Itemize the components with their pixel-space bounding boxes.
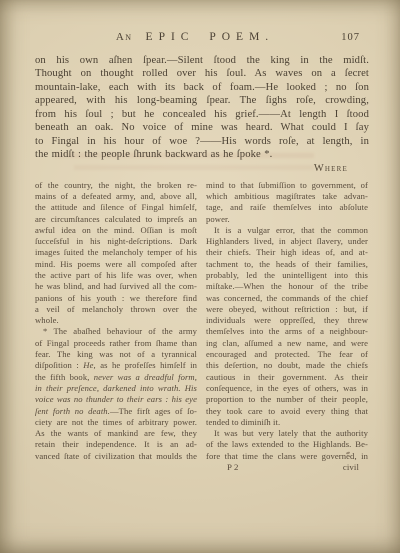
text-block: AnEPIC POEM. 107 on his own aſhen ſpear.… — [35, 31, 369, 473]
text-line: the fifth book, never was a dreadful for… — [35, 372, 197, 383]
text-line: voice was no thunder to their ears : his… — [35, 394, 197, 405]
footnote-right-lines: mind to that ſubmiſſion to government, o… — [206, 180, 368, 462]
text-line: the active part of his life was over, wh… — [35, 270, 197, 281]
text-line: from his ſoul ; but he concealed his gri… — [35, 108, 369, 121]
text-line: their chiefs. Their high ideas of, and a… — [206, 247, 368, 258]
text-line: images ſuited the melancholy temper of h… — [35, 247, 197, 258]
text-line: vanced ſtate of civilization that moulds… — [35, 451, 197, 462]
text-line: of the country, the night, the broken re… — [35, 180, 197, 191]
text-line: were obeyed, without reſtriction : but, … — [206, 304, 368, 315]
text-line: fore that time the clans were governed, … — [206, 451, 368, 462]
text-line: of Fingal proceeds rather from ſhame tha… — [35, 338, 197, 349]
text-line: Thought on thought rolled over his ſoul.… — [35, 67, 369, 80]
header-title-main: EPIC POEM. — [146, 31, 275, 43]
running-header: AnEPIC POEM. 107 — [35, 31, 369, 44]
book-page-scan: AnEPIC POEM. 107 on his own aſhen ſpear.… — [0, 0, 400, 553]
text-line: retain their independence. It is an ad- — [35, 439, 197, 450]
page-number: 107 — [341, 32, 360, 43]
text-line: the midſt : the people ſhrunk backward a… — [35, 148, 369, 161]
text-line: awful idea on the mind. Oſſian is moſt — [35, 225, 197, 236]
header-title-prefix: An — [116, 31, 133, 43]
text-line: diſpoſition : He, as he profeſſes himſel… — [35, 360, 197, 371]
text-line: themſelves into the arms of a neighbour- — [206, 326, 368, 337]
text-line: whole. — [35, 315, 197, 326]
text-line: he was blind, and had ſurvived all the c… — [35, 281, 197, 292]
signature-row: P 2 civil — [206, 462, 368, 473]
text-line: are circumſtances calculated to impreſs … — [35, 214, 197, 225]
text-line: was concerned, the commands of the chief — [206, 293, 368, 304]
text-line: individuals were oppreſſed, they threw — [206, 315, 368, 326]
signature-mark: P 2 — [227, 462, 238, 473]
text-line: beneath an oak. No voice of mine was hea… — [35, 121, 369, 134]
text-line: tage, and raiſe themſelves into abſolute — [206, 202, 368, 213]
text-line: this deſertion, no doubt, made the chief… — [206, 360, 368, 371]
footnote-section: of the country, the night, the broken re… — [35, 180, 369, 474]
text-line: As the wants of mankind are few, they — [35, 428, 197, 439]
text-line: power. — [206, 214, 368, 225]
text-line: Highlanders lived, in abject ſlavery, un… — [206, 236, 368, 247]
footnote-right-column: mind to that ſubmiſſion to government, o… — [206, 180, 368, 474]
footnote-left-column: of the country, the night, the broken re… — [35, 180, 197, 474]
text-line: they took care to avoid every thing that — [206, 406, 368, 417]
text-line: mind. His poems were all compoſed after — [35, 259, 197, 270]
text-line: * The abaſhed behaviour of the army — [35, 326, 197, 337]
catchword: Where — [314, 163, 348, 174]
text-line: cautious in their government. As their — [206, 372, 368, 383]
text-line: proportion to the number of their people… — [206, 394, 368, 405]
text-line: ciety are not the times of arbitrary pow… — [35, 417, 197, 428]
text-line: fear. The king was not of a tyrannical — [35, 349, 197, 360]
text-line: encouraged and protected. The fear of — [206, 349, 368, 360]
text-line: It was but very lately that the authorit… — [206, 428, 368, 439]
text-line: mains of a defeated army, and, above all… — [35, 191, 197, 202]
text-line: It is a vulgar error, that the common — [206, 225, 368, 236]
text-line: which ambitious magiſtrates take advan- — [206, 191, 368, 202]
text-line: of the laws extended to the Highlands. B… — [206, 439, 368, 450]
text-line: in their preſence, darkened into wrath. … — [35, 383, 197, 394]
text-line: the attitude and ſilence of Fingal himſe… — [35, 202, 197, 213]
text-line: appeared, with his long-beaming ſpear. T… — [35, 94, 369, 107]
text-line: tachment to, the heads of their families… — [206, 259, 368, 270]
catchword-row: Where — [35, 163, 369, 174]
text-line: panions of his youth : we therefore find — [35, 293, 197, 304]
text-line: mountain-lake, each with its back of foa… — [35, 81, 369, 94]
text-line: conſequence, in the eyes of others, was … — [206, 383, 368, 394]
text-line: to Fingal in his hour of woe ?——His word… — [35, 135, 369, 148]
text-line: a veil of melancholy thrown over the — [35, 304, 197, 315]
text-line: probably, led the unintelligent into thi… — [206, 270, 368, 281]
text-line: miſtake.—When the honour of the tribe — [206, 281, 368, 292]
main-paragraph: on his own aſhen ſpear.—Silent ſtood the… — [35, 54, 369, 162]
text-line: ſucceſsful in his night-deſcriptions. Da… — [35, 236, 197, 247]
text-line: on his own aſhen ſpear.—Silent ſtood the… — [35, 54, 369, 67]
text-line: ing clan, aſſumed a new name, and were — [206, 338, 368, 349]
text-line: mind to that ſubmiſſion to government, o… — [206, 180, 368, 191]
text-line: ſent forth no death.—The firſt ages of ſ… — [35, 406, 197, 417]
text-line: tended to diminiſh it. — [206, 417, 368, 428]
bottom-catchword: civil — [343, 462, 359, 473]
header-title: AnEPIC POEM. — [28, 31, 362, 43]
